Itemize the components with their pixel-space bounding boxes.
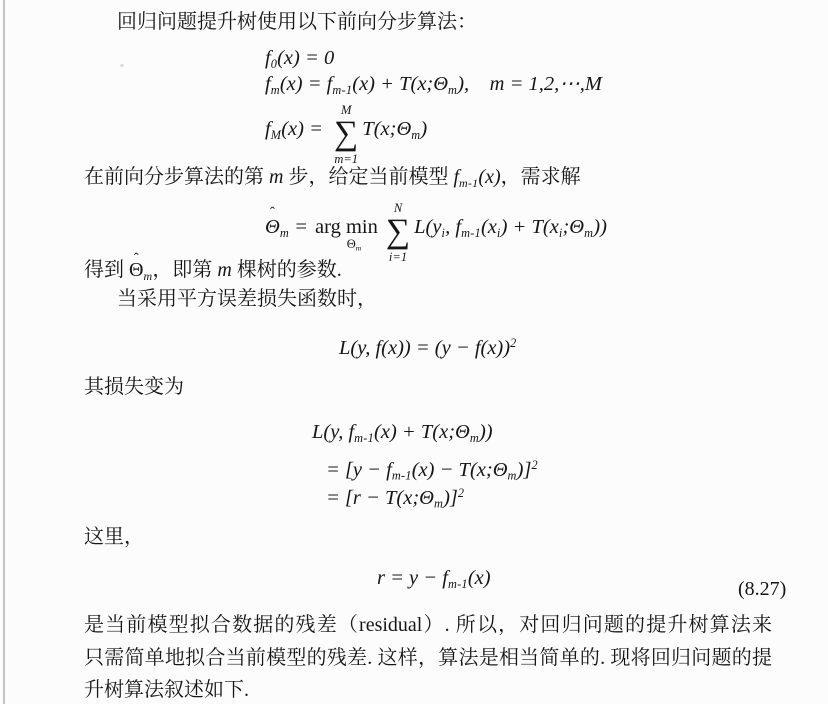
equation-residual: r = y − fm-1(x) xyxy=(377,563,491,599)
closing-line-2: 只需简单地拟合当前模型的残差. 这样，算法是相当简单的. 现将回归问题的提 xyxy=(84,642,772,675)
closing-paragraph: 是当前模型拟合数据的残差（residual）. 所以，对回归问题的提升树算法来说… xyxy=(84,609,772,704)
paragraph-loss-becomes: 其损失变为 xyxy=(84,375,184,400)
scan-artifact-dot xyxy=(120,64,124,67)
paragraph-here: 这里， xyxy=(84,525,144,550)
equation-fM-sum: fM(x) = M∑m=1T(x;Θm) xyxy=(265,114,427,151)
equation-number-8-27: (8.27) xyxy=(738,577,786,602)
equation-loss-line1: L(y, fm-1(x) + T(x;Θm)) xyxy=(312,417,493,453)
paragraph-tree-parameters: 得到 ˆΘm，即第 m 棵树的参数. xyxy=(84,258,342,289)
sigma-sum: N∑i=1 xyxy=(386,215,410,249)
intro-paragraph: 回归问题提升树使用以下前向分步算法： xyxy=(117,10,477,35)
hat-accent: ˆΘ xyxy=(129,258,143,283)
hat-accent: ˆΘ xyxy=(265,212,280,242)
closing-line-3: 升树算法叙述如下. xyxy=(84,674,772,704)
equation-loss-line3: = [r − T(x;Θm)]2 xyxy=(326,478,464,519)
paragraph-forward-step: 在前向分步算法的第 m 步，给定当前模型 fm-1(x)，需求解 xyxy=(84,165,581,196)
page-edge-line xyxy=(3,0,5,704)
closing-line-1: 是当前模型拟合数据的残差（residual）. 所以，对回归问题的提升树算法来说… xyxy=(84,609,772,642)
equation-argmin: ˆΘm = arg minΘmN∑i=1L(yi, fm-1(xi) + T(x… xyxy=(265,212,607,249)
sigma-sum: M∑m=1 xyxy=(334,117,358,151)
paragraph-square-error: 当采用平方误差损失函数时， xyxy=(117,287,377,312)
min-operator: arg minΘm xyxy=(315,212,378,242)
equation-square-loss: L(y, f(x)) = (y − f(x))2 xyxy=(339,328,516,363)
textbook-page: 回归问题提升树使用以下前向分步算法： f0(x) = 0 fm(x) = fm-… xyxy=(0,0,828,704)
equation-fm: fm(x) = fm-1(x) + T(x;Θm), m = 1,2,⋯,M xyxy=(265,69,602,105)
